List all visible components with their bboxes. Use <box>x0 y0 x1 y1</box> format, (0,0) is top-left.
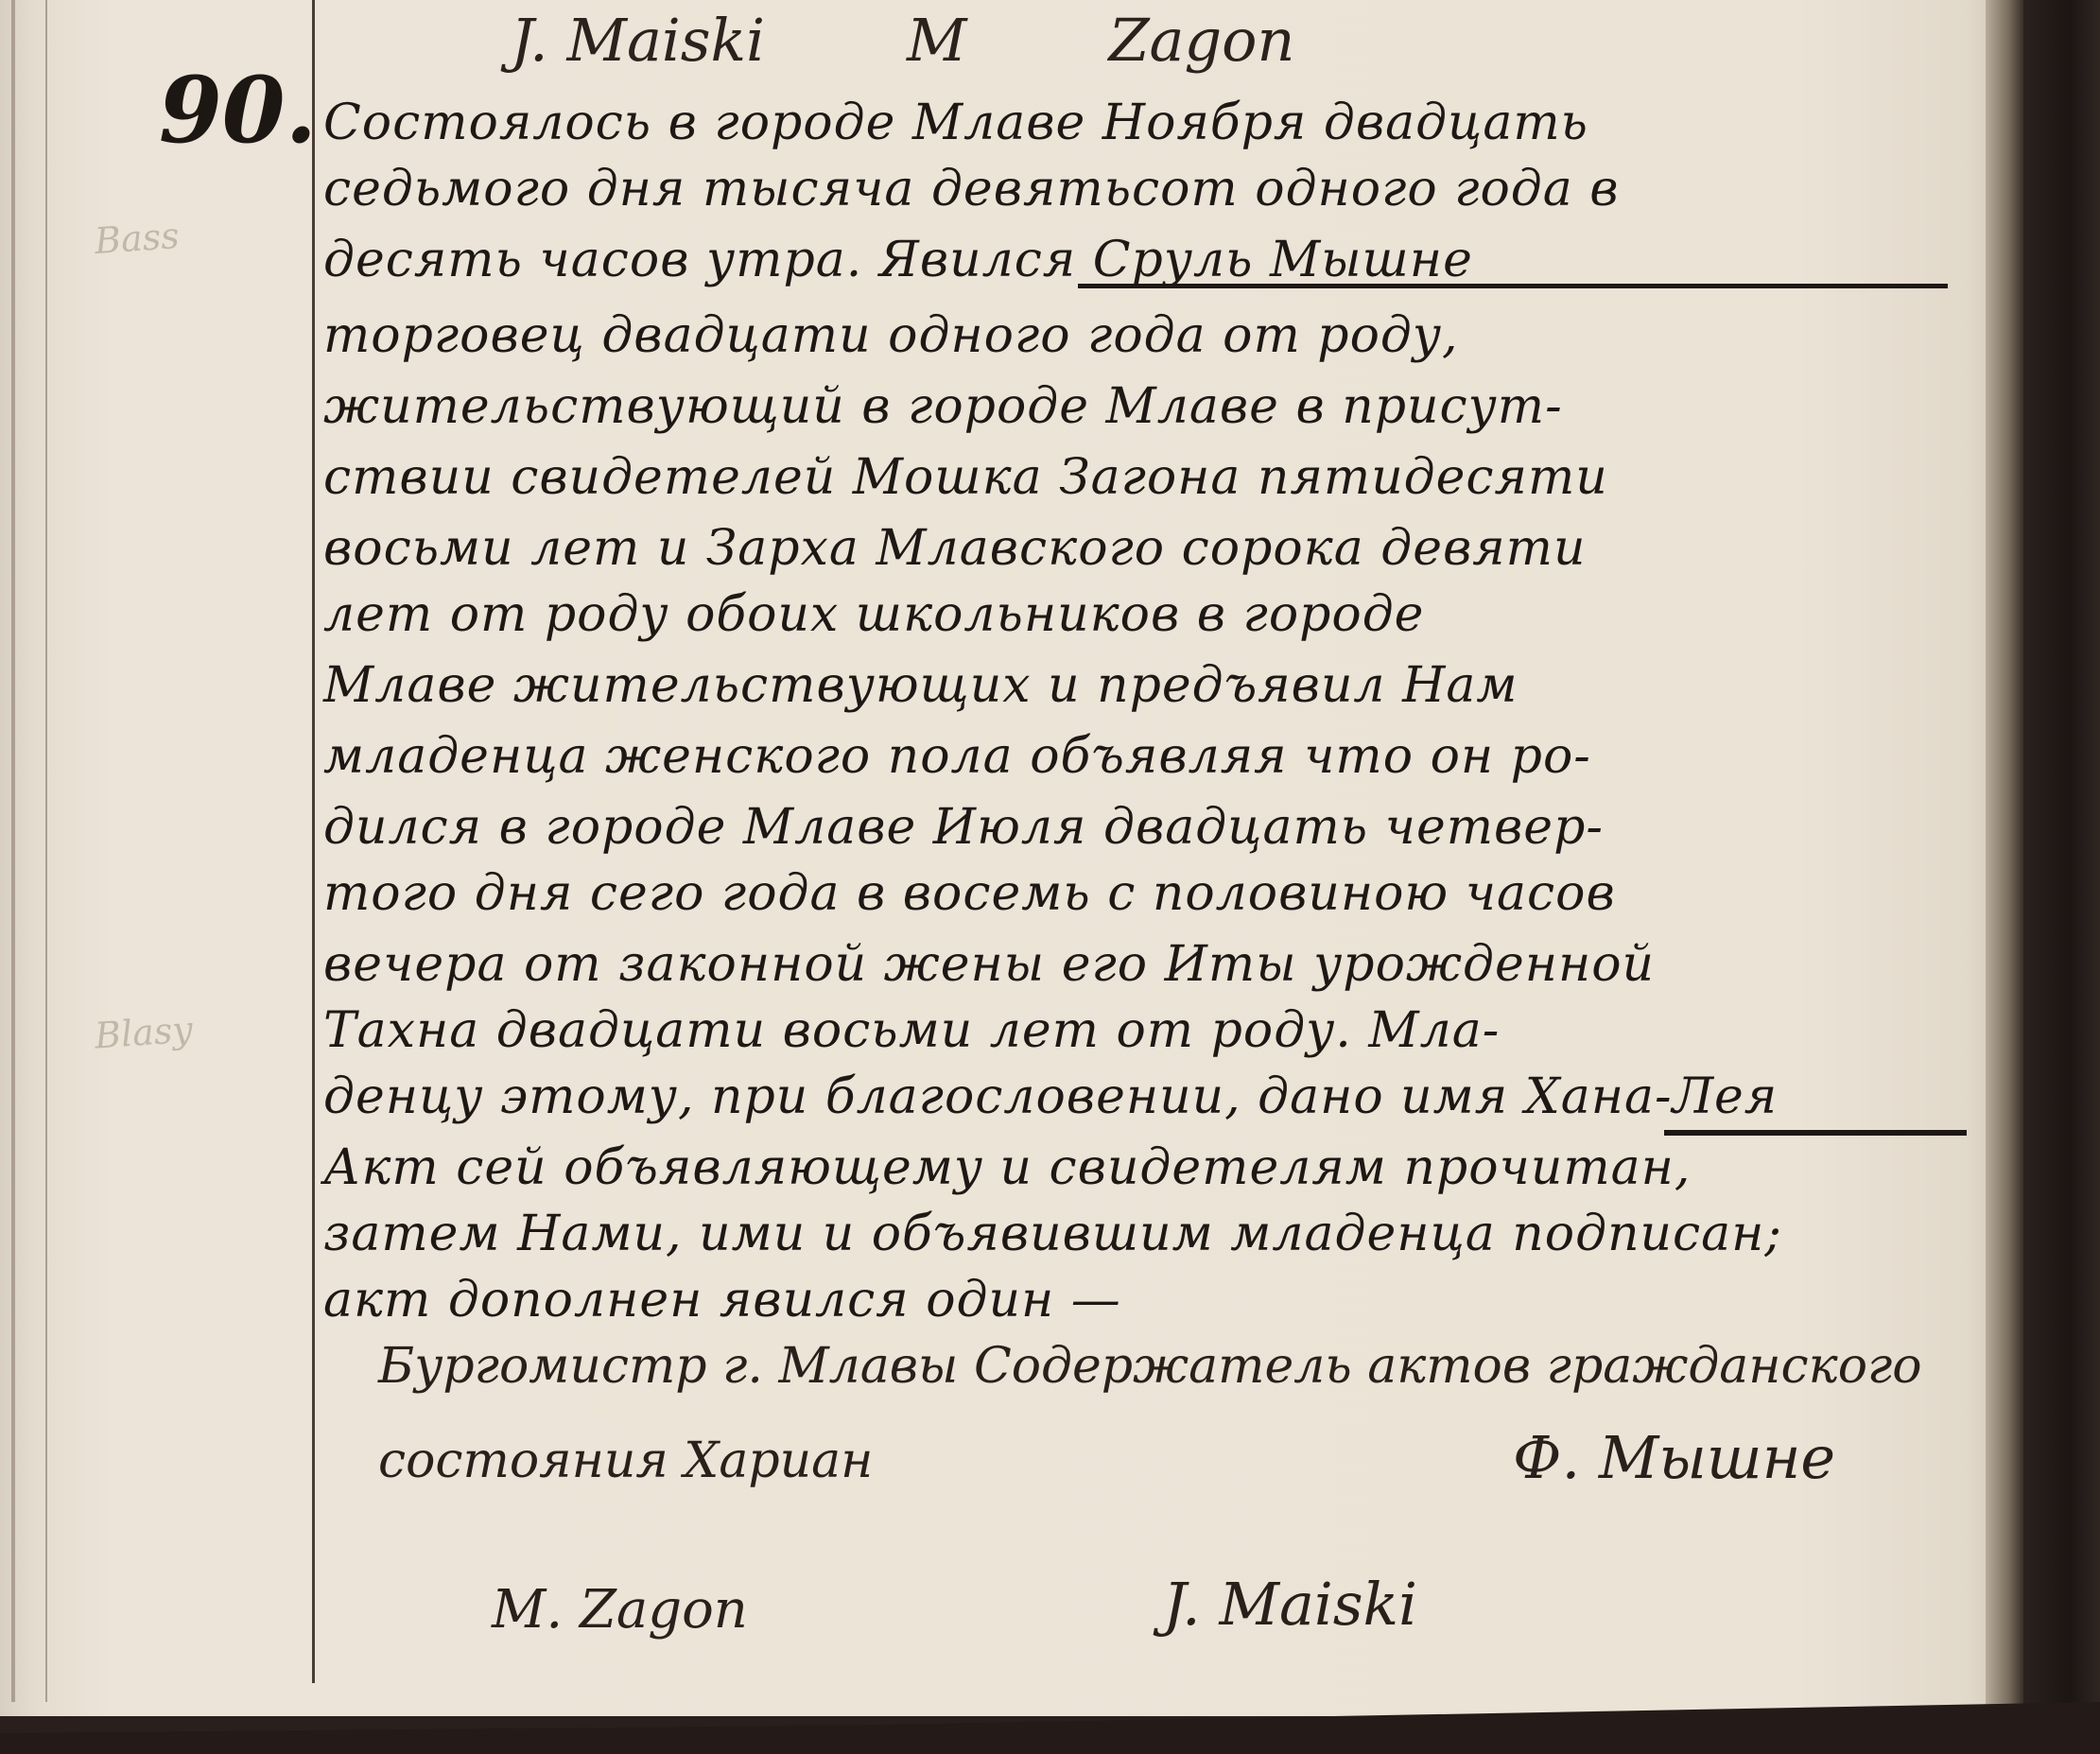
page-edge <box>1986 0 2023 1730</box>
official-line-2: состояния Хариан <box>378 1433 873 1489</box>
body-line: десять часов утра. Явился Сруль Мышне <box>323 232 1978 317</box>
bottom-signature: M. Zagon <box>492 1579 748 1641</box>
official-line: Бургомистр г. Млавы Содержатель актов гр… <box>378 1338 1922 1395</box>
header-signatures: J. Maiski M Zagon <box>511 6 1740 75</box>
bottom-signature: J. Maiski <box>1163 1570 1417 1639</box>
book-cover-right <box>2023 0 2100 1754</box>
header-signature: Zagon <box>1108 6 1294 75</box>
binding-gutter-line <box>45 0 47 1702</box>
margin-rule <box>312 0 315 1683</box>
faded-margin-note: Bass <box>94 215 181 262</box>
body-line-text: десять часов утра. Явился Сруль Мышне <box>323 232 1473 288</box>
entry-number: 90. <box>159 57 317 164</box>
binding-gutter <box>11 0 15 1702</box>
faded-margin-note: Blasy <box>94 1008 195 1056</box>
name-underline-father <box>1078 284 1948 288</box>
header-signature: J. Maiski <box>511 6 765 75</box>
name-underline-child <box>1664 1130 1967 1136</box>
signature-right: Ф. Мышне <box>1513 1423 1835 1492</box>
header-signature: M <box>907 6 966 75</box>
